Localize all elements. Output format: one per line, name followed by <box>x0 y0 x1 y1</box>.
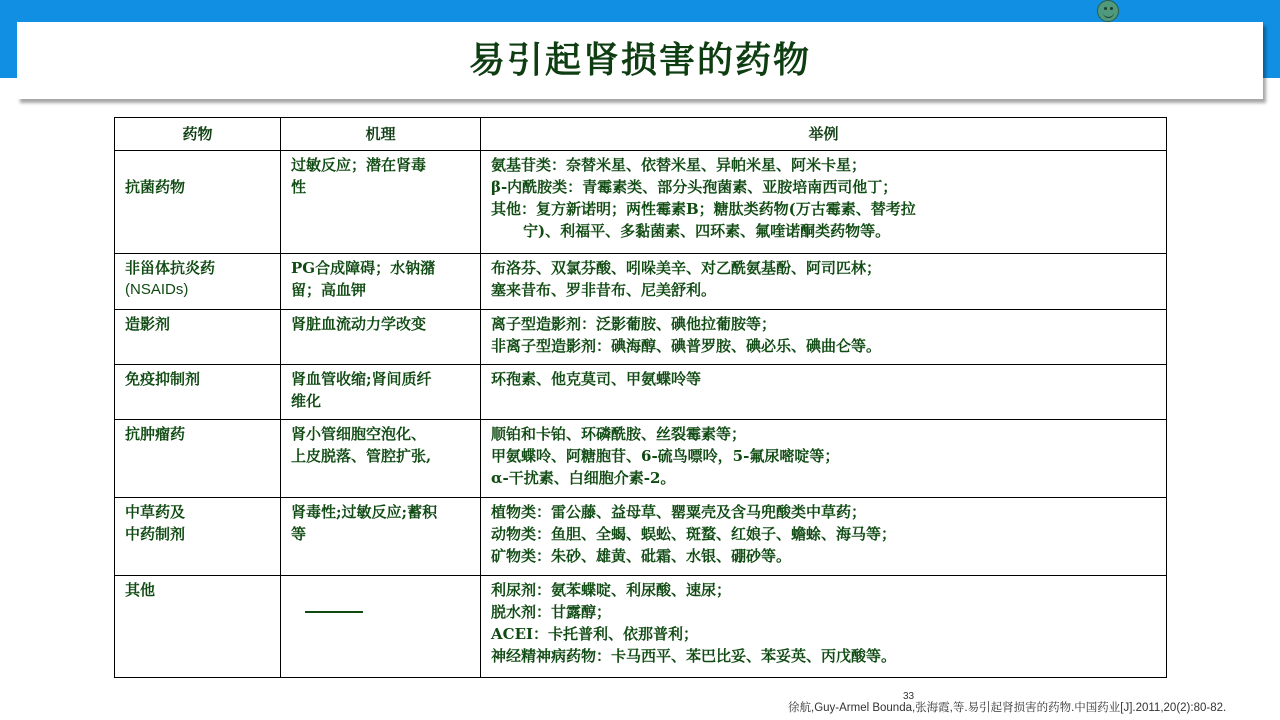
table-header-row: 药物 机理 举例 <box>115 118 1167 151</box>
examples-cell: 布洛芬、双氯芬酸、吲哚美辛、对乙酰氨基酚、阿司匹林； 塞来昔布、罗非昔布、尼美舒… <box>481 254 1167 310</box>
smiley-eye-right <box>1110 7 1113 10</box>
drug-table: 药物 机理 举例 抗菌药物 过敏反应；潜在肾毒 性 氨基苷类：奈替米星、依替米星… <box>114 117 1167 678</box>
example-line: 环孢素、他克莫司、甲氨蝶呤等 <box>491 368 1156 390</box>
example-line: β-内酰胺类：青霉素类、部分头孢菌素、亚胺培南西司他丁； <box>491 176 1156 198</box>
examples-cell: 环孢素、他克莫司、甲氨蝶呤等 <box>481 365 1167 420</box>
example-line: 脱水剂：甘露醇； <box>491 601 1156 623</box>
table-row: 中草药及 中药制剂 肾毒性;过敏反应;蓄积 等 植物类：雷公藤、益母草、罂粟壳及… <box>115 498 1167 576</box>
drug-name: 中草药及 <box>125 501 270 523</box>
example-line: 非离子型造影剂：碘海醇、碘普罗胺、碘必乐、碘曲仑等。 <box>491 335 1156 357</box>
example-line: 离子型造影剂：泛影葡胺、碘他拉葡胺等； <box>491 313 1156 335</box>
mechanism-line: 过敏反应；潜在肾毒 <box>291 154 470 176</box>
drug-name: 造影剂 <box>125 313 270 335</box>
example-line: 顺铂和卡铂、环磷酰胺、丝裂霉素等； <box>491 423 1156 445</box>
drug-name: 中药制剂 <box>125 523 270 545</box>
smiley-icon <box>1097 0 1119 22</box>
example-line: 塞来昔布、罗非昔布、尼美舒利。 <box>491 279 1156 301</box>
mechanism-line: 留；高血钾 <box>291 279 470 301</box>
drug-cell: 非甾体抗炎药 (NSAIDs) <box>115 254 281 310</box>
drug-cell: 其他 <box>115 576 281 678</box>
drug-name: 免疫抑制剂 <box>125 368 270 390</box>
examples-cell: 顺铂和卡铂、环磷酰胺、丝裂霉素等； 甲氨蝶呤、阿糖胞苷、6-硫鸟嘌呤，5-氟尿嘧… <box>481 420 1167 498</box>
mechanism-line: 维化 <box>291 390 470 412</box>
header-examples: 举例 <box>481 118 1167 151</box>
example-line: 其他：复方新诺明；两性霉素B；糖肽类药物(万古霉素、替考拉 <box>491 198 1156 220</box>
mechanism-cell: 肾血管收缩;肾间质纤 维化 <box>281 365 481 420</box>
mechanism-line: 上皮脱落、管腔扩张, <box>291 445 470 467</box>
drug-cell: 中草药及 中药制剂 <box>115 498 281 576</box>
drug-cell: 抗肿瘤药 <box>115 420 281 498</box>
table-row: 造影剂 肾脏血流动力学改变 离子型造影剂：泛影葡胺、碘他拉葡胺等； 非离子型造影… <box>115 310 1167 365</box>
examples-cell: 利尿剂：氨苯蝶啶、利尿酸、速尿； 脱水剂：甘露醇； ACEI：卡托普利、依那普利… <box>481 576 1167 678</box>
empty-dash <box>305 611 363 613</box>
table-row: 非甾体抗炎药 (NSAIDs) PG合成障碍；水钠潴 留；高血钾 布洛芬、双氯芬… <box>115 254 1167 310</box>
mechanism-cell: 肾脏血流动力学改变 <box>281 310 481 365</box>
drug-name: 非甾体抗炎药 <box>125 257 270 279</box>
example-line: ACEI：卡托普利、依那普利； <box>491 623 1156 645</box>
title-box: 易引起肾损害的药物 <box>17 22 1263 99</box>
example-line: 利尿剂：氨苯蝶啶、利尿酸、速尿； <box>491 579 1156 601</box>
table-row: 免疫抑制剂 肾血管收缩;肾间质纤 维化 环孢素、他克莫司、甲氨蝶呤等 <box>115 365 1167 420</box>
examples-cell: 离子型造影剂：泛影葡胺、碘他拉葡胺等； 非离子型造影剂：碘海醇、碘普罗胺、碘必乐… <box>481 310 1167 365</box>
table-row: 其他 利尿剂：氨苯蝶啶、利尿酸、速尿； 脱水剂：甘露醇； ACEI：卡托普利、依… <box>115 576 1167 678</box>
drug-name: 抗肿瘤药 <box>125 423 270 445</box>
mechanism-line: 肾毒性;过敏反应;蓄积 <box>291 501 470 523</box>
mechanism-cell: 肾小管细胞空泡化、 上皮脱落、管腔扩张, <box>281 420 481 498</box>
drug-name: (NSAIDs) <box>125 279 270 301</box>
slide-title: 易引起肾损害的药物 <box>469 32 811 83</box>
example-line: 矿物类：朱砂、雄黄、砒霜、水银、硼砂等。 <box>491 545 1156 567</box>
drug-cell: 免疫抑制剂 <box>115 365 281 420</box>
header-mechanism: 机理 <box>281 118 481 151</box>
example-line: α-干扰素、白细胞介素-2。 <box>491 467 1156 489</box>
drug-cell: 抗菌药物 <box>115 151 281 254</box>
mechanism-line: 肾脏血流动力学改变 <box>291 313 470 335</box>
mechanism-line: 性 <box>291 176 470 198</box>
example-line: 植物类：雷公藤、益母草、罂粟壳及含马兜酸类中草药； <box>491 501 1156 523</box>
mechanism-cell: 肾毒性;过敏反应;蓄积 等 <box>281 498 481 576</box>
example-line: 甲氨蝶呤、阿糖胞苷、6-硫鸟嘌呤，5-氟尿嘧啶等； <box>491 445 1156 467</box>
mechanism-cell <box>281 576 481 678</box>
example-line: 氨基苷类：奈替米星、依替米星、异帕米星、阿米卡星； <box>491 154 1156 176</box>
citation: 徐航,Guy-Armel Bounda,张海霞,等.易引起肾损害的药物.中国药业… <box>788 699 1226 715</box>
table-row: 抗肿瘤药 肾小管细胞空泡化、 上皮脱落、管腔扩张, 顺铂和卡铂、环磷酰胺、丝裂霉… <box>115 420 1167 498</box>
smiley-mouth <box>1103 11 1114 18</box>
header-drug: 药物 <box>115 118 281 151</box>
mechanism-line: 肾小管细胞空泡化、 <box>291 423 470 445</box>
mechanism-line: PG合成障碍；水钠潴 <box>291 257 470 279</box>
example-line: 动物类：鱼胆、全蝎、蜈蚣、斑蝥、红娘子、蟾蜍、海马等； <box>491 523 1156 545</box>
mechanism-line: 肾血管收缩;肾间质纤 <box>291 368 470 390</box>
example-line: 布洛芬、双氯芬酸、吲哚美辛、对乙酰氨基酚、阿司匹林； <box>491 257 1156 279</box>
drug-name: 抗菌药物 <box>125 176 270 198</box>
example-line: 神经精神病药物：卡马西平、苯巴比妥、苯妥英、丙戊酸等。 <box>491 645 1156 667</box>
table-row: 抗菌药物 过敏反应；潜在肾毒 性 氨基苷类：奈替米星、依替米星、异帕米星、阿米卡… <box>115 151 1167 254</box>
examples-cell: 氨基苷类：奈替米星、依替米星、异帕米星、阿米卡星； β-内酰胺类：青霉素类、部分… <box>481 151 1167 254</box>
examples-cell: 植物类：雷公藤、益母草、罂粟壳及含马兜酸类中草药； 动物类：鱼胆、全蝎、蜈蚣、斑… <box>481 498 1167 576</box>
example-line: 宁)、利福平、多黏菌素、四环素、氟喹诺酮类药物等。 <box>491 220 1156 242</box>
mechanism-cell: PG合成障碍；水钠潴 留；高血钾 <box>281 254 481 310</box>
drug-name: 其他 <box>125 579 270 601</box>
smiley-eye-left <box>1104 7 1107 10</box>
mechanism-cell: 过敏反应；潜在肾毒 性 <box>281 151 481 254</box>
drug-cell: 造影剂 <box>115 310 281 365</box>
mechanism-line: 等 <box>291 523 470 545</box>
